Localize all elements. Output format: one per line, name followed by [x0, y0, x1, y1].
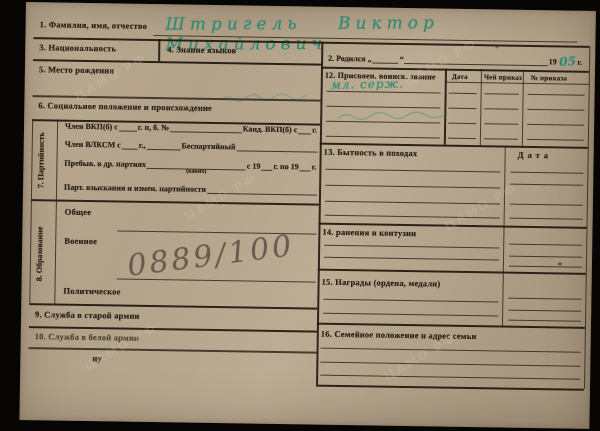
education-military-label: Военное [64, 236, 97, 247]
party-line-2: Член ВЛКСМ с г., Беспартийный [64, 139, 318, 153]
party-line-4: Парт. взыскания и измен. партийности [63, 182, 317, 196]
rule [484, 123, 518, 125]
record-card: 1. Фамилия, имя, отчество Штригель Викто… [19, 2, 595, 429]
party-line-2-text: Беспартийный [180, 141, 236, 151]
field-2-label: 2. Родился [327, 54, 367, 64]
rule [325, 215, 500, 219]
divider-line [158, 39, 160, 61]
rule [326, 136, 440, 139]
col-header-date: Дата [452, 73, 468, 81]
rule [317, 323, 585, 329]
bracket-line [56, 120, 58, 200]
rule [29, 347, 317, 353]
rule [527, 139, 584, 141]
handwritten-pencil-number: 0889/100 [126, 229, 297, 284]
field-3-label: 3. Национальность [39, 42, 116, 53]
right-border-line [584, 46, 590, 389]
field-16-label: 16. Семейное положение и адрес семьи [321, 329, 477, 341]
rule [508, 320, 581, 322]
field-2-year-suffix: г. [576, 58, 583, 67]
rule [327, 91, 441, 94]
party-line-1-text: Канд. ВКП(б) с [242, 124, 299, 134]
rule [445, 82, 589, 85]
party-line-1-text: г. п, б. № [137, 123, 171, 133]
field-1-label: 1. Фамилия, имя, отчество [40, 19, 148, 31]
rule [31, 199, 319, 206]
rule [323, 299, 498, 303]
col-header-order-no: № приказа [531, 74, 567, 83]
field-7-label: 7. Партийность [36, 123, 46, 197]
field-2-century: 19 [548, 57, 558, 66]
col-header-whose-order: Чей приказ [484, 73, 522, 82]
column-line [444, 69, 447, 145]
rule [508, 310, 581, 312]
rule [320, 375, 580, 380]
bracket-line [54, 201, 57, 303]
party-line-3-text: г. по 19 [272, 162, 299, 171]
rule [448, 138, 476, 139]
rule [528, 94, 585, 96]
field-2-handwritten-year: 05 [557, 54, 576, 69]
column-line [504, 146, 506, 226]
column-line [502, 272, 504, 326]
rule [510, 218, 583, 220]
column-line [503, 226, 505, 272]
field-2-row: 2. Родился „ “ 19 05 г. [327, 49, 583, 67]
field-13-label: 13. Бытность в походах [324, 147, 418, 158]
education-political-label: Политическое [63, 286, 120, 297]
rule [448, 123, 476, 124]
field-9-label: 9. Служба в старой армии [35, 309, 140, 321]
rule [509, 256, 582, 258]
rule [485, 93, 519, 95]
paper-speck [558, 262, 562, 265]
party-line-3-text: Пребыв. в др. партиях [63, 159, 147, 169]
party-line-2-text: г., [138, 141, 147, 150]
rule [323, 313, 498, 317]
field-4-label: 4. Знание языков [167, 44, 236, 55]
rule [318, 269, 586, 275]
rule [449, 93, 477, 94]
party-line-1-text: Член ВКП(б) с [64, 122, 119, 132]
rule [509, 266, 582, 268]
rule [509, 244, 582, 246]
rule [484, 138, 518, 140]
rule [321, 348, 581, 353]
field-5-label: 5. Место рождения [39, 64, 114, 75]
stray-print-text: ну [92, 353, 102, 363]
rule [510, 172, 583, 174]
rule [484, 108, 518, 110]
rule [325, 169, 500, 173]
rule [324, 257, 499, 261]
rule [29, 303, 317, 310]
column-line [480, 69, 482, 145]
party-line-4-text: Парт. взыскания и измен. партийности [63, 183, 207, 194]
bracket-line [29, 201, 32, 303]
rule [510, 184, 583, 186]
education-general-label: Общее [65, 207, 92, 217]
party-line-3: Пребыв. в др. партиях (каких) с 19 г. по… [63, 158, 317, 172]
party-line-3-text: г. [311, 162, 318, 171]
rule [320, 362, 580, 367]
rule [324, 245, 499, 249]
paper-speck [495, 46, 498, 48]
rule [448, 108, 476, 109]
rule [510, 204, 583, 206]
rule [325, 185, 500, 189]
rule [527, 109, 584, 111]
rule [527, 124, 584, 126]
rule [316, 385, 584, 391]
field-14-label: 14. ранения и контузии [322, 227, 416, 238]
field-10-label: 10. Служба в белой армии [35, 331, 140, 343]
field-6-label: 6. Социальное положение и происхождение [38, 100, 212, 113]
party-line-3-note: (каких) [186, 169, 206, 175]
party-line-2-text: Член ВЛКСМ с [64, 140, 122, 150]
party-line-3-text: с 19 [246, 161, 262, 170]
col-header-date: Дата [518, 150, 553, 161]
rule [508, 298, 581, 300]
field-12-handwritten-rank: мл. серж. [331, 77, 404, 92]
column-line [522, 70, 524, 146]
rule [325, 201, 500, 205]
bracket-line [31, 119, 33, 199]
field-8-label: 8. Образование [34, 210, 44, 298]
field-15-label: 15. Награды (ордена, медали) [322, 277, 441, 289]
party-line-1-text: г. [311, 125, 318, 134]
rule [326, 106, 440, 109]
